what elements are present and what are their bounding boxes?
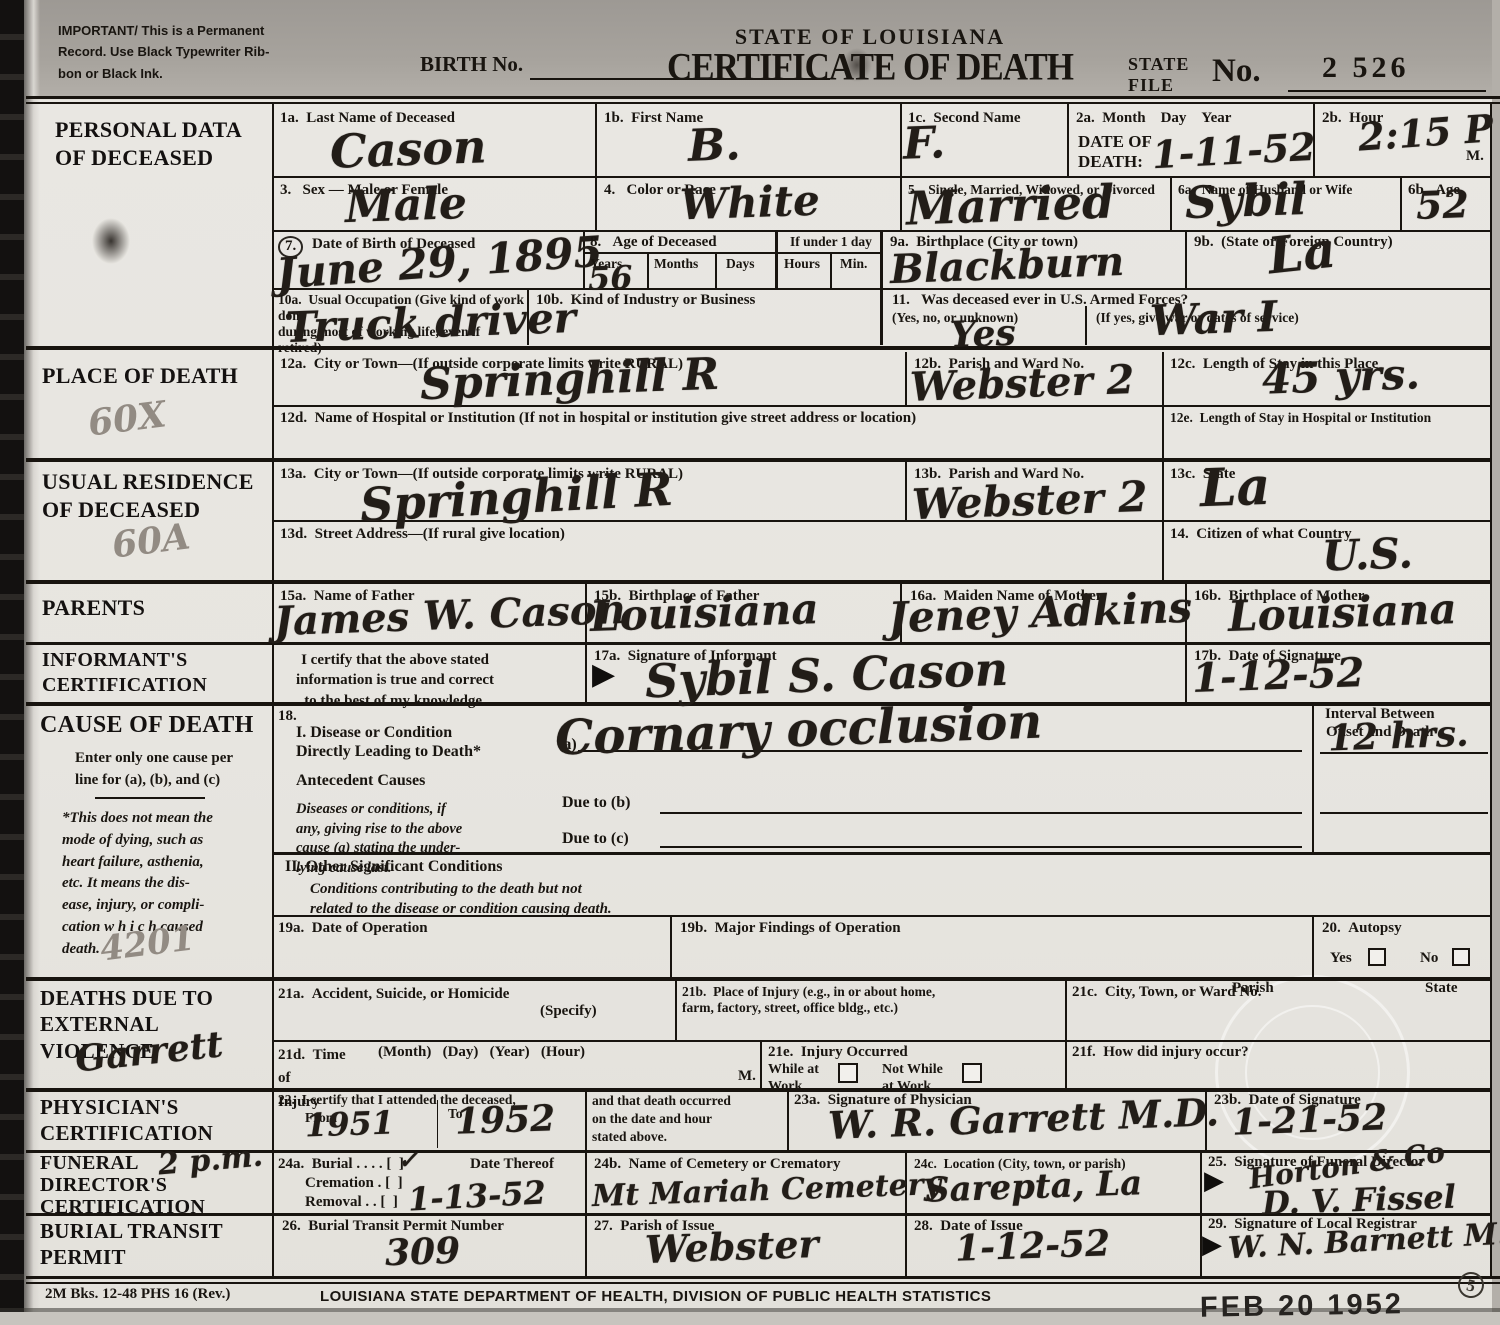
- field-13a-value: Springhill R: [359, 466, 674, 528]
- field-26-value: 309: [384, 1233, 460, 1272]
- from-value: 1951: [304, 1106, 394, 1141]
- pencil-note-60a: 60A: [110, 515, 193, 566]
- ink-smudge: [92, 218, 130, 264]
- death-certificate-scan: IMPORTANT/ This is a Permanent Record. U…: [0, 0, 1500, 1325]
- field-11-label: 11. Was deceased ever in U.S. Armed Forc…: [892, 292, 1188, 310]
- grid-line: [1162, 520, 1164, 580]
- informant-arrow-icon: ▶: [592, 660, 615, 690]
- grid-line: [775, 230, 778, 288]
- cause-ii-label: II. Other Significant Conditions: [285, 858, 503, 877]
- header-rule: [26, 96, 1500, 99]
- informant-certify-text: I certify that the above stated informat…: [296, 650, 494, 711]
- grid-line: [583, 252, 880, 254]
- grid-line: [1085, 306, 1087, 345]
- bottom-rule: [26, 1276, 1500, 1279]
- grid-line: [272, 1040, 1490, 1042]
- bottom-rule: [26, 1282, 1500, 1284]
- header-rule: [26, 102, 1500, 104]
- field-21e-label: 21e. Injury Occurred: [768, 1044, 908, 1062]
- section-personal-data: PERSONAL DATA OF DECEASED: [55, 116, 242, 171]
- field-24a-burial-label: 24a. Burial . . . . [ ]: [278, 1156, 404, 1174]
- grid-line: [1312, 917, 1314, 977]
- field-14-value: U.S.: [1321, 532, 1413, 577]
- section-rule: [26, 642, 1490, 645]
- field-8u-min-label: Min.: [840, 256, 867, 272]
- grid-line: [585, 1216, 587, 1276]
- cause-b-label: Due to (b): [562, 794, 630, 813]
- field-8u-hours-label: Hours: [784, 256, 820, 272]
- field-1b-value: B.: [687, 123, 741, 169]
- to-value: 1952: [454, 1100, 555, 1139]
- while-at-work-label: While at Work: [768, 1062, 819, 1095]
- field-27-value: Webster: [644, 1225, 819, 1269]
- state-file-number: 2 526: [1322, 50, 1410, 85]
- field-8-months-label: Months: [654, 256, 698, 272]
- field-13d-label: 13d. Street Address—(If rural give locat…: [280, 526, 565, 544]
- state-file-label: STATE FILE: [1128, 54, 1189, 95]
- field-2b-m-label: M.: [1466, 148, 1484, 166]
- grid-line: [1490, 104, 1492, 1276]
- grid-line: [585, 645, 587, 702]
- field-13c-value: La: [1199, 461, 1271, 515]
- footer-department: LOUISIANA STATE DEPARTMENT OF HEALTH, DI…: [320, 1288, 991, 1306]
- grid-line: [1067, 104, 1069, 176]
- field-8-days-label: Days: [726, 256, 755, 272]
- section-informant: INFORMANT'S CERTIFICATION: [42, 648, 207, 698]
- burial-checkmark: ✓: [398, 1148, 419, 1173]
- field-6b-value: 52: [1415, 185, 1469, 225]
- field-19a-label: 19a. Date of Operation: [278, 920, 428, 938]
- section-rule: [26, 346, 1490, 350]
- field-16a-value: Jeney Adkins: [887, 587, 1192, 640]
- field-28-value: 1-12-52: [954, 1225, 1110, 1266]
- field-16b-value: Louisiana: [1227, 588, 1457, 638]
- footer-form-number: 2M Bks. 12-48 PHS 16 (Rev.): [45, 1286, 230, 1304]
- field-9b-value: La: [1266, 225, 1338, 282]
- field-21d-m-label: M.: [738, 1068, 756, 1086]
- binding-edge-shadow: [24, 0, 40, 1325]
- field-23a-value: W. R. Garrett M.D.: [827, 1093, 1219, 1145]
- grid-line: [585, 1092, 587, 1150]
- cause-line1-label: I. Disease or Condition Directly Leading…: [296, 724, 481, 762]
- field-10a-value: Truck driver: [284, 297, 576, 349]
- state-label: State: [1425, 980, 1458, 998]
- page-circle-number: 5: [1456, 1270, 1487, 1301]
- field-24a-removal-label: Removal . . [ ]: [305, 1194, 398, 1212]
- grid-line: [760, 1042, 762, 1088]
- field-12e-label: 12e. Length of Stay in Hospital or Insti…: [1170, 410, 1431, 426]
- autopsy-yes-label: Yes: [1330, 950, 1352, 968]
- grid-line: [900, 104, 902, 176]
- grid-line: [905, 462, 907, 520]
- entry-line-b: [660, 812, 1302, 814]
- grid-line: [1162, 462, 1164, 520]
- grid-line: [595, 104, 597, 176]
- field-25-value-line2: D. V. Fissel: [1262, 1181, 1457, 1220]
- field-18-number: 18.: [278, 708, 297, 726]
- autopsy-no-checkbox[interactable]: [1452, 948, 1470, 966]
- date-thereof-label: Date Thereof: [470, 1156, 554, 1174]
- registrar-arrow-icon: ▶: [1202, 1232, 1222, 1258]
- field-22b-label: and that death occurred on the date and …: [592, 1092, 731, 1147]
- field-13b-value: Webster 2: [911, 476, 1148, 526]
- right-scan-edge: [1492, 0, 1500, 1325]
- field-1c-value: F.: [902, 121, 946, 166]
- field-20-label: 20. Autopsy: [1322, 920, 1402, 938]
- received-date-stamp: FEB 20 1952: [1200, 1288, 1404, 1325]
- parish-label: Parish: [1232, 980, 1274, 998]
- important-note: IMPORTANT/ This is a Permanent Record. U…: [58, 20, 269, 84]
- funeral-time-note: 2 p.m.: [157, 1141, 264, 1180]
- binding-edge: [0, 0, 24, 1325]
- field-21f-label: 21f. How did injury occur?: [1072, 1044, 1249, 1062]
- file-number-line: [1288, 90, 1486, 92]
- grid-line: [1312, 706, 1314, 852]
- field-10b-label: 10b. Kind of Industry or Business: [536, 292, 755, 310]
- field-11-value2: War I: [1149, 296, 1278, 342]
- grid-line: [787, 1092, 789, 1150]
- field-8-label: 8. Age of Deceased: [590, 234, 717, 252]
- field-24b-value: Mt Mariah Cemetery: [592, 1170, 942, 1212]
- entry-line-c: [660, 846, 1302, 848]
- cause-c-label: Due to (c): [562, 830, 629, 849]
- grid-line: [900, 176, 902, 230]
- section-parents: PARENTS: [42, 594, 145, 622]
- grid-line: [905, 352, 907, 405]
- grid-line: [880, 230, 883, 288]
- field-12d-label: 12d. Name of Hospital or Institution (If…: [280, 410, 916, 428]
- grid-line: [1200, 1153, 1202, 1213]
- field-12c-value: 45 yrs.: [1261, 353, 1420, 400]
- grid-line: [647, 252, 649, 288]
- field-15b-value: Louisiana: [589, 588, 819, 638]
- while-at-work-checkbox[interactable]: [838, 1063, 858, 1083]
- section-usual-residence: USUAL RESIDENCE OF DECEASED: [42, 468, 254, 523]
- grid-line: [272, 104, 274, 1276]
- field-21a-label: 21a. Accident, Suicide, or Homicide: [278, 986, 509, 1004]
- no-label: No.: [1212, 52, 1261, 91]
- not-while-at-work-label: Not While at Work: [882, 1062, 943, 1095]
- field-8-years-value: 56: [587, 261, 633, 295]
- field-1a-value: Cason: [329, 123, 487, 174]
- grid-line: [1162, 352, 1164, 405]
- field-12a-value: Springhill R: [419, 353, 720, 407]
- field-6a-value: Sybil: [1184, 178, 1307, 226]
- date-of-death-label: DATE OF DEATH:: [1078, 132, 1152, 172]
- field-19b-label: 19b. Major Findings of Operation: [680, 920, 901, 938]
- grid-line: [1400, 176, 1402, 230]
- grid-line: [830, 252, 832, 288]
- sidebar-divider: [95, 797, 205, 799]
- grid-line: [1170, 176, 1172, 230]
- antecedent-label: Antecedent Causes: [296, 772, 425, 791]
- field-9a-value: Blackburn: [889, 242, 1124, 290]
- section-physician-certification: PHYSICIAN'S CERTIFICATION: [40, 1094, 213, 1147]
- grid-line: [715, 252, 717, 288]
- autopsy-no-label: No: [1420, 950, 1438, 968]
- grid-line: [675, 981, 677, 1040]
- grid-line: [905, 1216, 907, 1276]
- grid-line: [585, 1153, 587, 1213]
- field-12b-value: Webster 2: [909, 360, 1135, 408]
- not-while-at-work-checkbox[interactable]: [962, 1063, 982, 1083]
- field-24a-value: 1-13-52: [407, 1176, 546, 1215]
- field-8u-label: If under 1 day: [790, 234, 872, 250]
- funeral-director-arrow-icon: ▶: [1204, 1168, 1224, 1194]
- cause-a-value: Cornary occlusion: [554, 698, 1043, 763]
- entry-line: [1320, 812, 1488, 814]
- cause-note-1: Enter only one cause per line for (a), (…: [75, 748, 233, 792]
- field-2a-label: 2a. Month Day Year: [1076, 110, 1231, 128]
- field-21a-specify-label: (Specify): [540, 1003, 597, 1021]
- field-21d-mdyh-label: (Month) (Day) (Year) (Hour): [378, 1044, 585, 1062]
- field-17b-value: 1-12-52: [1191, 653, 1365, 699]
- field-24c-value: Sarepta, La: [924, 1166, 1142, 1208]
- field-17a-value: Sybil S. Cason: [644, 646, 1009, 705]
- grid-line: [1065, 981, 1067, 1040]
- grid-line: [1185, 645, 1187, 702]
- cause-ii-note: Conditions contributing to the death but…: [310, 880, 612, 919]
- certificate-title: CERTIFICATE OF DEATH: [650, 44, 1090, 90]
- section-rule: [26, 580, 1490, 584]
- interval-a-value: 12 hrs.: [1327, 716, 1469, 757]
- section-rule: [26, 458, 1490, 462]
- pencil-note-60x: 60X: [86, 393, 169, 444]
- section-burial-transit: BURIAL TRANSIT PERMIT: [40, 1218, 223, 1271]
- field-11-value1: Yes: [949, 315, 1016, 353]
- field-23b-value: 1-21-52: [1231, 1099, 1387, 1140]
- field-4-value: White: [679, 180, 820, 227]
- birth-no-label: BIRTH No.: [420, 52, 523, 77]
- grid-line: [1185, 230, 1187, 288]
- grid-line: [595, 176, 597, 230]
- grid-line: [1162, 405, 1164, 458]
- section-cause-of-death: CAUSE OF DEATH: [40, 710, 254, 740]
- grid-line: [1065, 1042, 1067, 1088]
- grid-line: [670, 917, 672, 977]
- field-21b-label: 21b. Place of Injury (e.g., in or about …: [682, 984, 935, 1016]
- section-place-of-death: PLACE OF DEATH: [42, 362, 238, 390]
- field-24a-cremation-label: Cremation . [ ]: [305, 1175, 403, 1193]
- field-5-value: Married: [905, 178, 1115, 231]
- field-2a-value: 1-11-52: [1151, 128, 1317, 175]
- autopsy-yes-checkbox[interactable]: [1368, 948, 1386, 966]
- field-3-value: Male: [344, 182, 467, 230]
- field-15a-value: James W. Cason: [273, 590, 626, 642]
- grid-line: [880, 288, 883, 345]
